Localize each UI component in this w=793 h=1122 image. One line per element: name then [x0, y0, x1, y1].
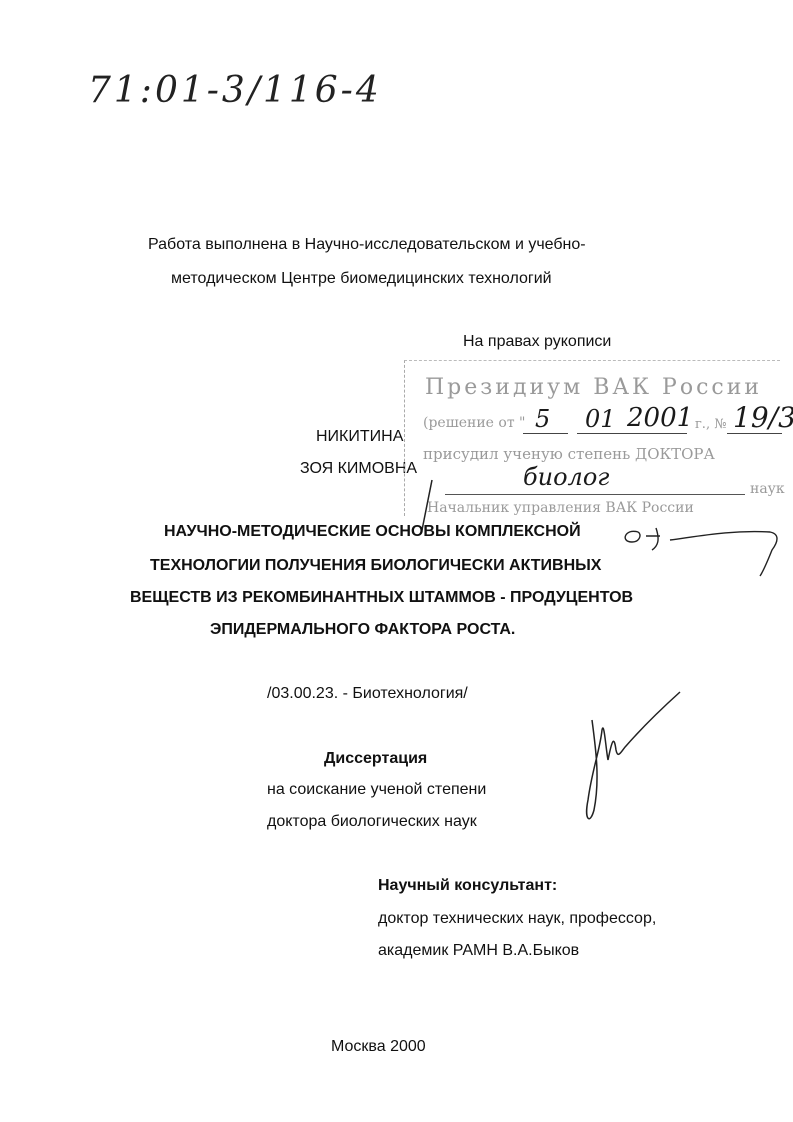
- stamp-day-underline: [523, 433, 568, 434]
- manuscript-note: На правах рукописи: [463, 333, 611, 351]
- registry-number: 71:01-3/116-4: [88, 70, 382, 111]
- degree-line-2: доктора биологических наук: [267, 813, 477, 831]
- degree-line-1: на соискание ученой степени: [267, 781, 486, 799]
- consultant-line-2: академик РАМН В.А.Быков: [378, 942, 579, 960]
- institution-line-1: Работа выполнена в Научно-исследовательс…: [148, 236, 586, 254]
- title-line-3: ВЕЩЕСТВ ИЗ РЕКОМБИНАНТНЫХ ШТАММОВ - ПРОД…: [130, 589, 633, 607]
- consultant-heading: Научный консультант:: [378, 877, 557, 895]
- stamp-date-suffix: г., №: [695, 417, 727, 432]
- stamp-date-month: 01: [585, 405, 616, 433]
- stamp-decision-number: 19/32: [733, 401, 793, 434]
- degree-heading: Диссертация: [324, 750, 427, 768]
- city-year: Москва 2000: [331, 1038, 426, 1056]
- author-given-names: ЗОЯ КИМОВНА: [300, 460, 417, 478]
- specialty: /03.00.23. - Биотехнология/: [267, 685, 468, 703]
- stamp-date-year: 2001: [627, 403, 693, 433]
- stamp-line-3: присудил ученую степень ДОКТОРА: [423, 445, 715, 463]
- title-line-2: ТЕХНОЛОГИИ ПОЛУЧЕНИЯ БИОЛОГИЧЕСКИ АКТИВН…: [150, 557, 601, 575]
- title-line-4: ЭПИДЕРМАЛЬНОГО ФАКТОРА РОСТА.: [210, 621, 515, 639]
- stamp-number-underline: [727, 433, 782, 434]
- stamp-line-2-prefix: (решение от ": [423, 415, 525, 431]
- stamp-line-1: Президиум ВАК России: [425, 375, 762, 400]
- author-signature-icon: [580, 690, 690, 830]
- consultant-line-1: доктор технических наук, профессор,: [378, 910, 656, 928]
- title-line-1: НАУЧНО-МЕТОДИЧЕСКИЕ ОСНОВЫ КОМПЛЕКСНОЙ: [164, 523, 581, 541]
- institution-line-2: методическом Центре биомедицинских техно…: [171, 270, 552, 288]
- author-surname: НИКИТИНА: [316, 428, 403, 446]
- stamp-date-day: 5: [535, 405, 550, 433]
- stamp-year-underline: [577, 433, 687, 434]
